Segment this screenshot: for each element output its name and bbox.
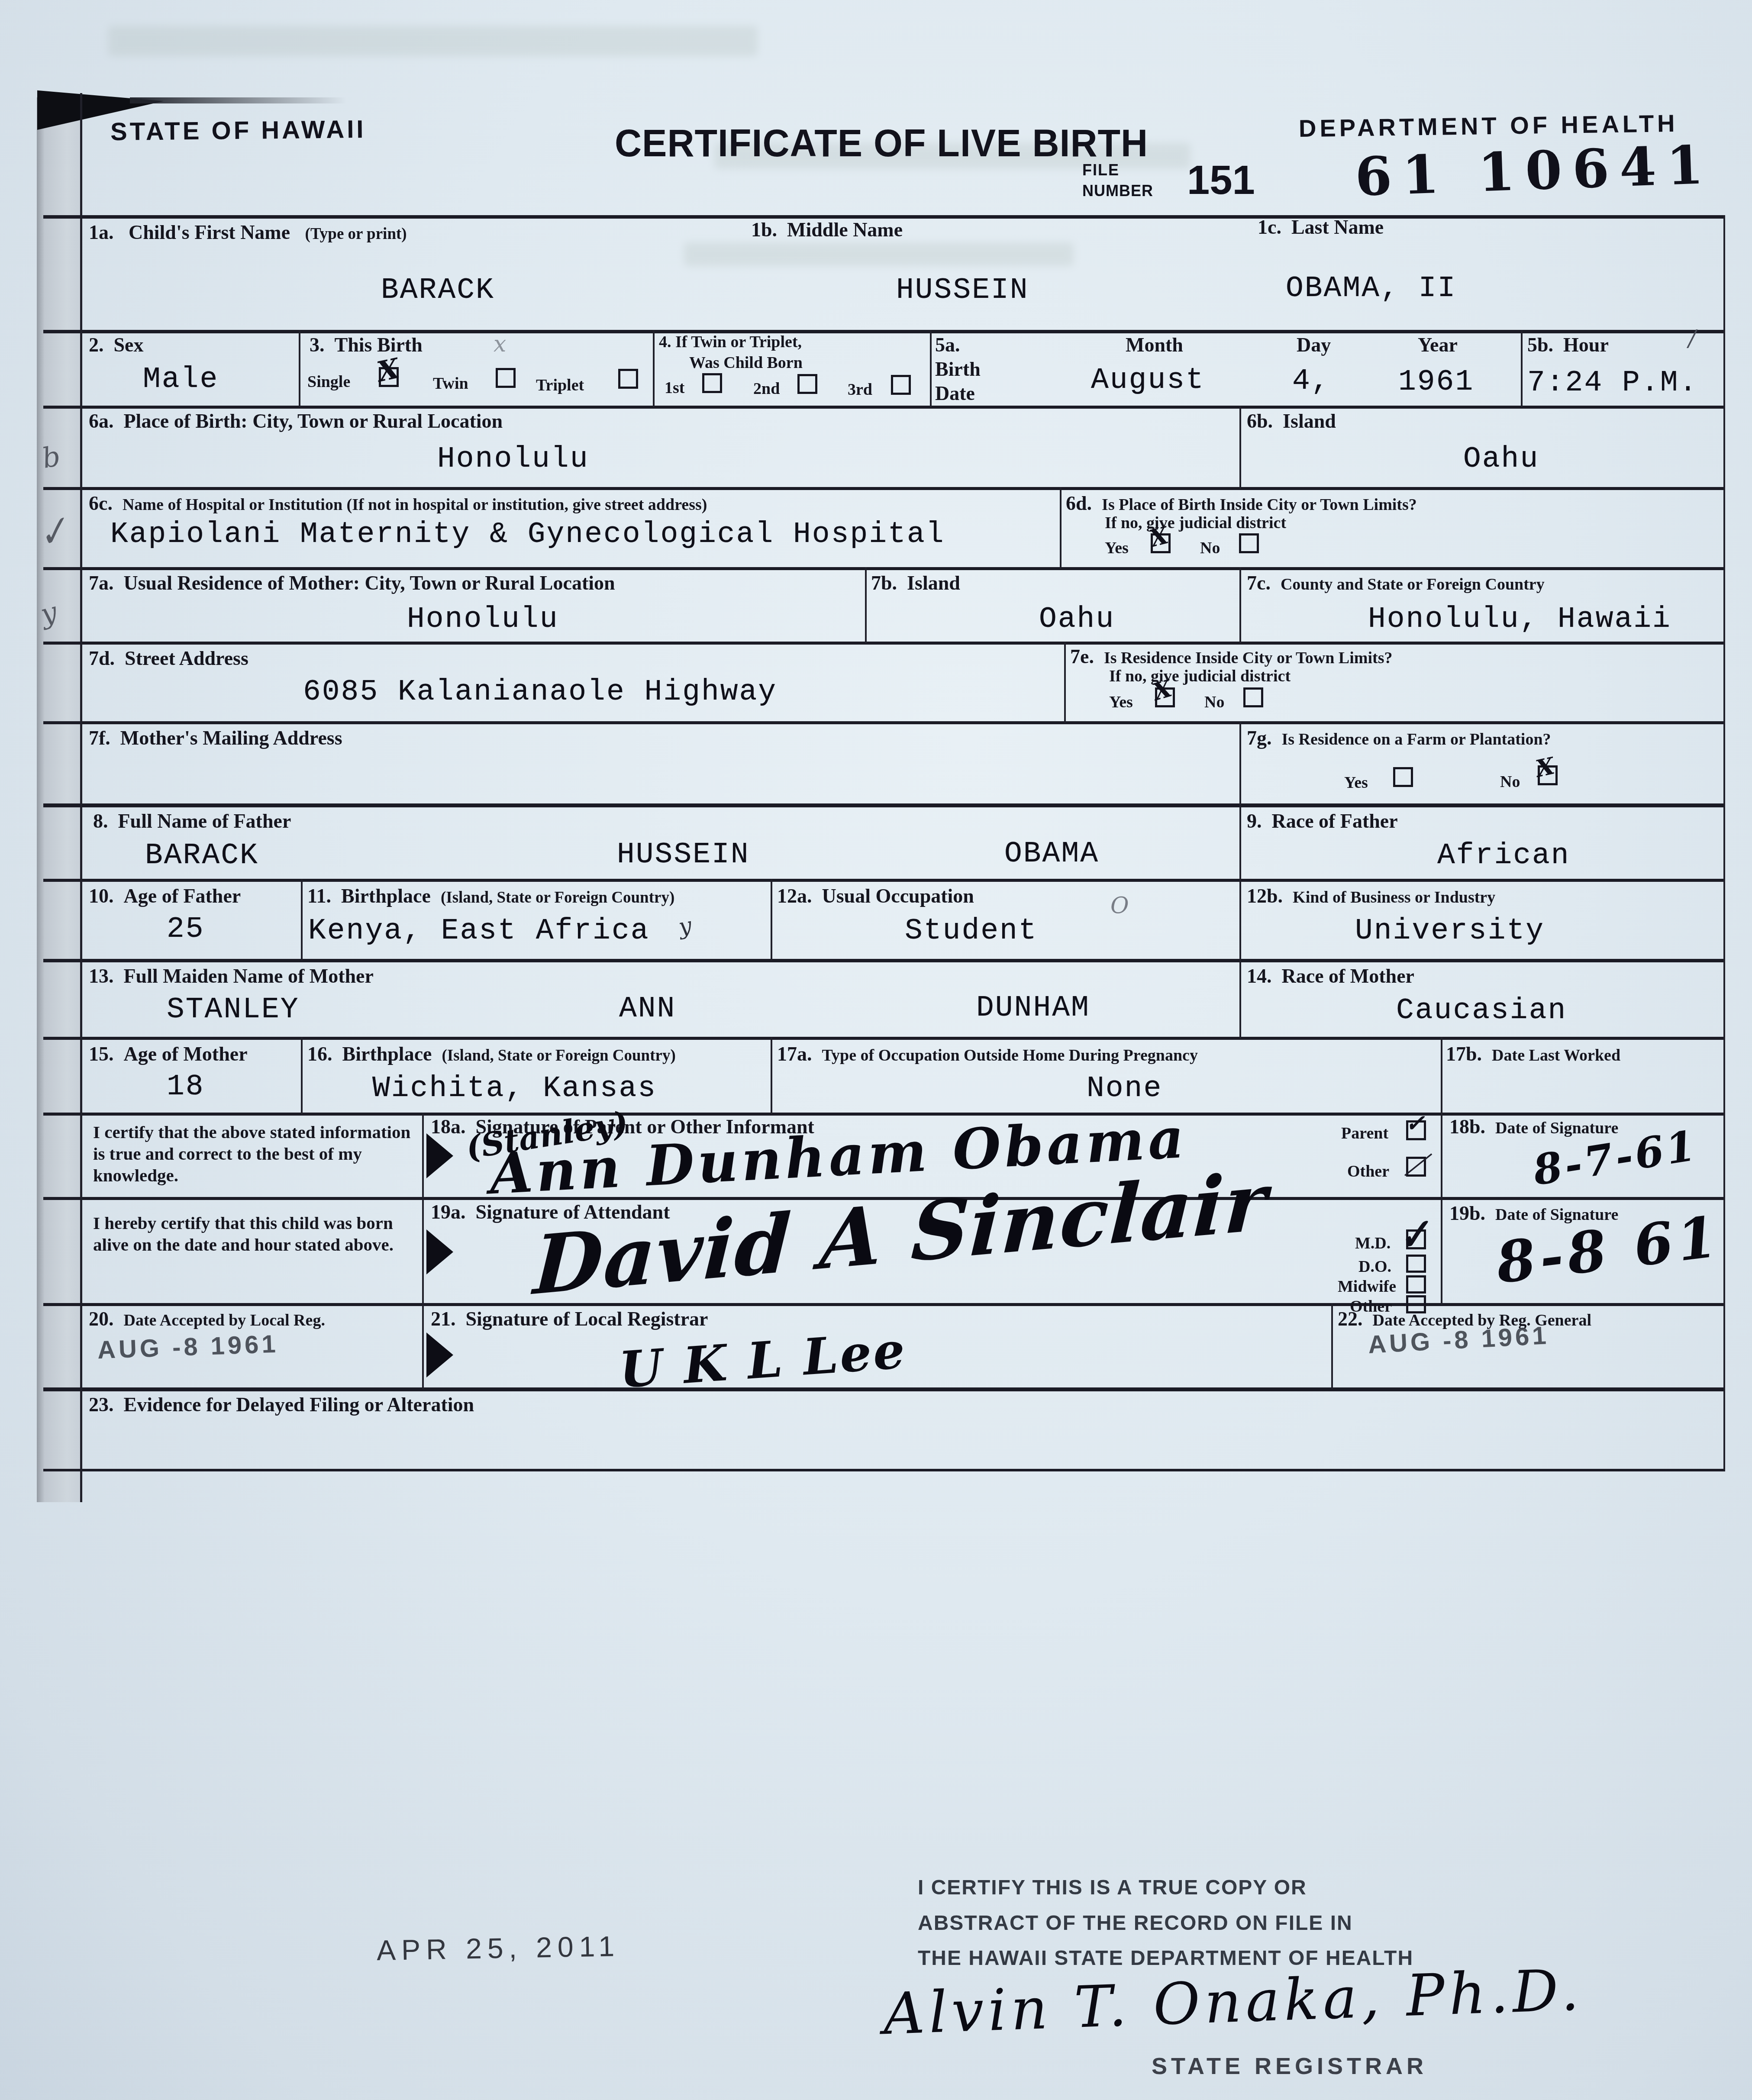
- option-triplet-label: Triplet: [536, 377, 584, 394]
- check-mark-parent: ✓: [1405, 1109, 1425, 1137]
- field-12b-label: 12b. Kind of Business or Industry: [1247, 885, 1495, 907]
- option-1st-label: 1st: [665, 379, 684, 397]
- field-11-label: 11. Birthplace (Island, State or Foreign…: [307, 885, 674, 907]
- date-accepted-local-stamp: AUG -8 1961: [97, 1329, 279, 1365]
- arrow-icon: [426, 1133, 453, 1178]
- field-6c-label: 6c. Name of Hospital or Institution (If …: [89, 493, 707, 514]
- field-7d-label: 7d. Street Address: [89, 648, 248, 669]
- midwife-label: Midwife: [1338, 1278, 1396, 1296]
- pencil-y-kenya: y: [677, 913, 694, 940]
- option-single-label: Single: [307, 373, 350, 391]
- street-address-value: 6085 Kalanianaole Highway: [303, 675, 777, 709]
- field-13-label: 13. Full Maiden Name of Mother: [89, 965, 374, 987]
- father-age-value: 25: [167, 913, 205, 946]
- year-header: Year: [1418, 334, 1458, 356]
- certificate-title: CERTIFICATE OF LIVE BIRTH: [615, 121, 1148, 166]
- mother-birthplace-value: Wichita, Kansas: [372, 1072, 657, 1105]
- field-1a-hint: (Type or print): [305, 225, 407, 243]
- birth-day-value: 4,: [1292, 365, 1330, 398]
- father-middle-value: HUSSEIN: [617, 838, 750, 871]
- field-18b-label: 18b. Date of Signature: [1449, 1116, 1618, 1138]
- true-copy-stamp: I CERTIFY THIS IS A TRUE COPY OR ABSTRAC…: [918, 1870, 1413, 1976]
- child-first-name-value: BARACK: [381, 274, 495, 307]
- field-5a-label-birth: Birth: [935, 358, 981, 380]
- field-7b-label: 7b. Island: [871, 572, 960, 594]
- field-6b-label: 6b. Island: [1247, 410, 1336, 432]
- mother-first-value: STANLEY: [167, 993, 300, 1026]
- number-word: NUMBER: [1082, 182, 1153, 200]
- mother-last-value: DUNHAM: [976, 991, 1090, 1025]
- yes-7e-label: Yes: [1109, 694, 1133, 711]
- field-1a-label: 1a. Child's First Name (Type or print): [89, 222, 407, 243]
- field-6d-label-2: If no, give judicial district: [1105, 514, 1286, 532]
- field-1a-number: 1a.: [89, 221, 114, 243]
- checkbox-6d-no: [1239, 533, 1259, 553]
- pencil-scribble: x: [494, 331, 506, 357]
- island-6b-value: Oahu: [1463, 442, 1539, 476]
- field-9-label: 9. Race of Father: [1247, 810, 1398, 832]
- field-4-label-2: Was Child Born: [689, 354, 803, 372]
- birth-month-value: August: [1091, 364, 1205, 397]
- other-18-label: Other: [1347, 1163, 1389, 1181]
- certification-statement-1: I certify that the above stated informat…: [93, 1121, 422, 1186]
- true-copy-line-2: ABSTRACT OF THE RECORD ON FILE IN: [918, 1906, 1413, 1941]
- option-twin-label: Twin: [433, 375, 468, 393]
- field-5b-label: 5b. Hour: [1527, 334, 1609, 356]
- checkbox-triplet: [618, 369, 638, 389]
- sex-value: Male: [143, 363, 219, 396]
- no-7e-label: No: [1204, 694, 1224, 711]
- field-7g-label: 7g. Is Residence on a Farm or Plantation…: [1247, 727, 1551, 749]
- check-mark-md: ✓: [1394, 1210, 1434, 1260]
- occupation-value: Student: [905, 914, 1038, 948]
- hour-value: 7:24 P.M.: [1527, 366, 1698, 400]
- field-7f-label: 7f. Mother's Mailing Address: [89, 727, 342, 749]
- county-state-value: Honolulu, Hawaii: [1368, 603, 1671, 636]
- hospital-value: Kapiolani Maternity & Gynecological Hosp…: [110, 518, 945, 551]
- checkbox-2nd: [797, 374, 817, 394]
- check-mark-7g: X: [1533, 752, 1557, 782]
- field-1b-label: 1b. Middle Name: [751, 219, 903, 241]
- page-edge-shadow-band: [37, 97, 80, 1502]
- option-2nd-label: 2nd: [753, 380, 780, 398]
- father-birthplace-value: Kenya, East Africa: [308, 914, 650, 948]
- yes-7g-label: Yes: [1344, 774, 1368, 792]
- true-copy-line-1: I CERTIFY THIS IS A TRUE COPY OR: [918, 1870, 1413, 1906]
- field-6d-label: 6d. Is Place of Birth Inside City or Tow…: [1066, 493, 1417, 514]
- field-12a-label: 12a. Usual Occupation: [777, 885, 974, 907]
- field-14-label: 14. Race of Mother: [1247, 965, 1414, 987]
- field-4-label: 4. If Twin or Triplet,: [659, 333, 802, 351]
- field-17b-label: 17b. Date Last Worked: [1446, 1043, 1620, 1065]
- field-6a-label: 6a. Place of Birth: City, Town or Rural …: [89, 410, 503, 432]
- md-label: M.D.: [1355, 1235, 1391, 1252]
- field-2-label: 2. Sex: [89, 334, 144, 356]
- father-race-value: African: [1437, 839, 1570, 872]
- day-header: Day: [1297, 334, 1331, 356]
- pencil-slash: /: [1688, 326, 1696, 352]
- pregnancy-occupation-value: None: [1087, 1072, 1162, 1105]
- birth-year-value: 1961: [1398, 365, 1474, 399]
- field-7e-label-2: If no, give judicial district: [1109, 668, 1291, 685]
- no-7g-label: No: [1500, 773, 1520, 791]
- field-8-label: 8. Full Name of Father: [93, 810, 291, 832]
- father-last-value: OBAMA: [1004, 837, 1099, 871]
- child-middle-name-value: HUSSEIN: [896, 274, 1029, 307]
- no-6d-label: No: [1200, 539, 1220, 557]
- checkbox-7g-yes: [1393, 767, 1413, 787]
- file-number: 151: [1187, 157, 1255, 203]
- field-17a-label: 17a. Type of Occupation Outside Home Dur…: [777, 1043, 1198, 1065]
- father-first-value: BARACK: [145, 839, 259, 872]
- field-5a-label-date: Date: [935, 383, 975, 404]
- yes-6d-label: Yes: [1105, 539, 1129, 557]
- binding-shadow-streak: [130, 97, 346, 103]
- bleedthrough-smudge: [108, 26, 758, 56]
- certification-statement-2: I hereby certify that this child was bor…: [93, 1212, 422, 1255]
- field-1c-label: 1c. Last Name: [1258, 216, 1384, 238]
- checkbox-1st: [702, 373, 722, 393]
- state-title: STATE OF HAWAII: [110, 115, 366, 146]
- checkbox-midwife: [1406, 1275, 1426, 1294]
- field-23-label: 23. Evidence for Delayed Filing or Alter…: [89, 1394, 474, 1416]
- business-value: University: [1355, 914, 1545, 948]
- field-7e-label: 7e. Is Residence Inside City or Town Lim…: [1070, 646, 1392, 668]
- field-10-label: 10. Age of Father: [89, 885, 241, 907]
- field-7a-label: 7a. Usual Residence of Mother: City, Tow…: [89, 572, 615, 594]
- parent-label: Parent: [1341, 1125, 1388, 1142]
- state-registrar-title: STATE REGISTRAR: [1152, 2053, 1427, 2080]
- received-date-stamp: APR 25, 2011: [376, 1929, 620, 1967]
- pencil-o: O: [1110, 893, 1129, 919]
- bleedthrough-smudge: [684, 242, 1074, 266]
- child-last-name-value: OBAMA, II: [1286, 272, 1456, 305]
- stray-stroke-other-18: ／: [1404, 1147, 1428, 1181]
- field-16-label: 16. Birthplace (Island, State or Foreign…: [307, 1043, 676, 1065]
- checkbox-twin: [496, 368, 516, 388]
- field-3-label: 3. This Birth: [310, 334, 423, 356]
- field-21-label: 21. Signature of Local Registrar: [431, 1308, 708, 1330]
- certificate-number: 61 10641: [1354, 133, 1715, 208]
- option-3rd-label: 3rd: [848, 381, 872, 399]
- field-7c-label: 7c. County and State or Foreign Country: [1247, 572, 1545, 594]
- place-of-birth-value: Honolulu: [437, 442, 589, 476]
- photographed-birth-certificate: { "header": { "state": "STATE OF HAWAII"…: [0, 0, 1752, 2100]
- file-word: FILE: [1082, 161, 1120, 179]
- field-5a-number: 5a.: [935, 334, 960, 356]
- mother-race-value: Caucasian: [1396, 994, 1567, 1027]
- residence-city-value: Honolulu: [407, 603, 558, 636]
- arrow-icon: [426, 1229, 453, 1274]
- island-7b-value: Oahu: [1039, 603, 1115, 636]
- checkbox-7e-no: [1243, 687, 1263, 707]
- do-label: D.O.: [1358, 1258, 1391, 1276]
- field-20-label: 20. Date Accepted by Local Reg.: [89, 1308, 325, 1330]
- checkbox-3rd: [891, 375, 911, 395]
- month-header: Month: [1126, 334, 1183, 356]
- mother-middle-value: ANN: [619, 992, 676, 1026]
- arrow-icon: [426, 1332, 453, 1377]
- field-15-label: 15. Age of Mother: [89, 1043, 248, 1065]
- mother-age-value: 18: [167, 1070, 205, 1103]
